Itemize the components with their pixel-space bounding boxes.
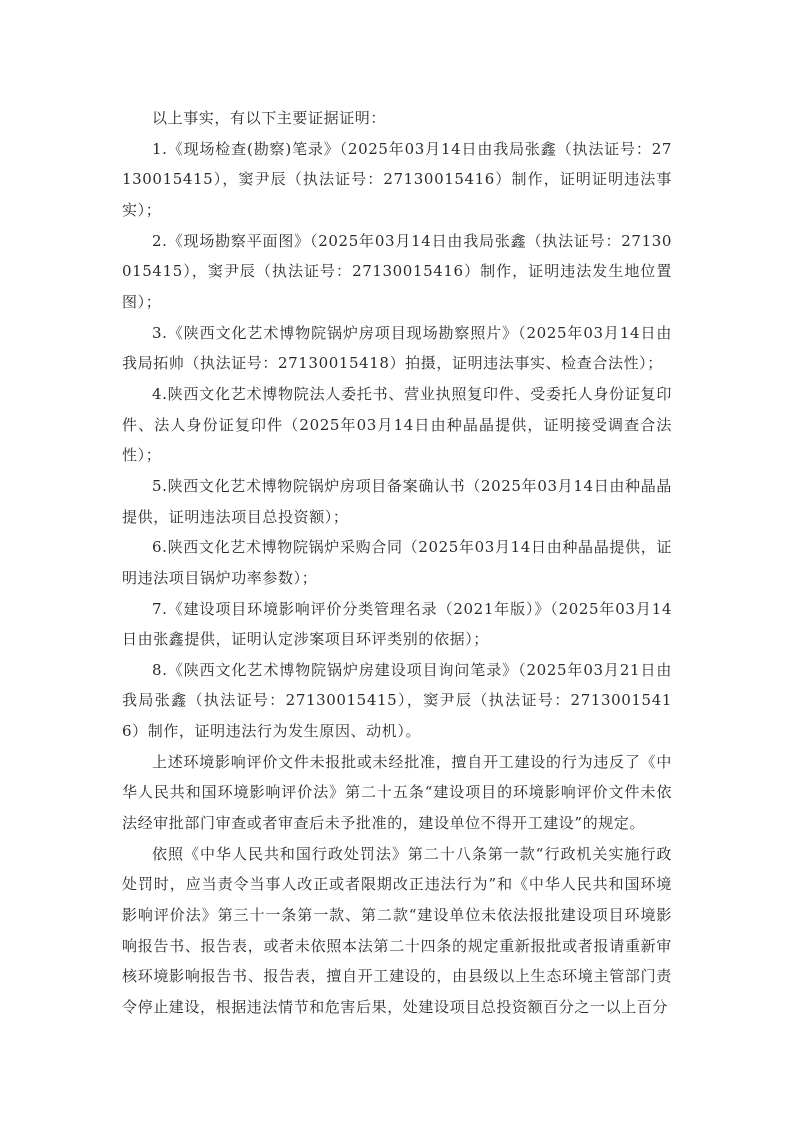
evidence-item-6: 6.陕西文化艺术博物院锅炉采购合同（2025年03月14日由种晶晶提供，证明违法…: [122, 532, 672, 593]
violation-paragraph: 上述环境影响评价文件未报批或未经批准，擅自开工建设的行为违反了《中华人民共和国环…: [122, 747, 672, 839]
evidence-item-7: 7.《建设项目环境影响评价分类管理名录（2021年版）》（2025年03月14日…: [122, 594, 672, 655]
evidence-item-4: 4.陕西文化艺术博物院法人委托书、营业执照复印件、受委托人身份证复印件、法人身份…: [122, 379, 672, 471]
evidence-item-1: 1.《现场检查(勘察)笔录》（2025年03月14日由我局张鑫（执法证号：271…: [122, 134, 672, 226]
evidence-intro: 以上事实，有以下主要证据证明：: [122, 103, 672, 134]
evidence-item-3: 3.《陕西文化艺术博物院锅炉房项目现场勘察照片》（2025年03月14日由我局拓…: [122, 318, 672, 379]
evidence-item-5: 5.陕西文化艺术博物院锅炉房项目备案确认书（2025年03月14日由种晶晶提供，…: [122, 471, 672, 532]
legal-basis-paragraph: 依照《中华人民共和国行政处罚法》第二十八条第一款“行政机关实施行政处罚时，应当责…: [122, 839, 672, 1023]
evidence-item-8: 8.《陕西文化艺术博物院锅炉房建设项目询问笔录》（2025年03月21日由我局张…: [122, 655, 672, 747]
document-page: 以上事实，有以下主要证据证明： 1.《现场检查(勘察)笔录》（2025年03月1…: [122, 103, 672, 1023]
evidence-item-2: 2.《现场勘察平面图》（2025年03月14日由我局张鑫（执法证号：271300…: [122, 226, 672, 318]
